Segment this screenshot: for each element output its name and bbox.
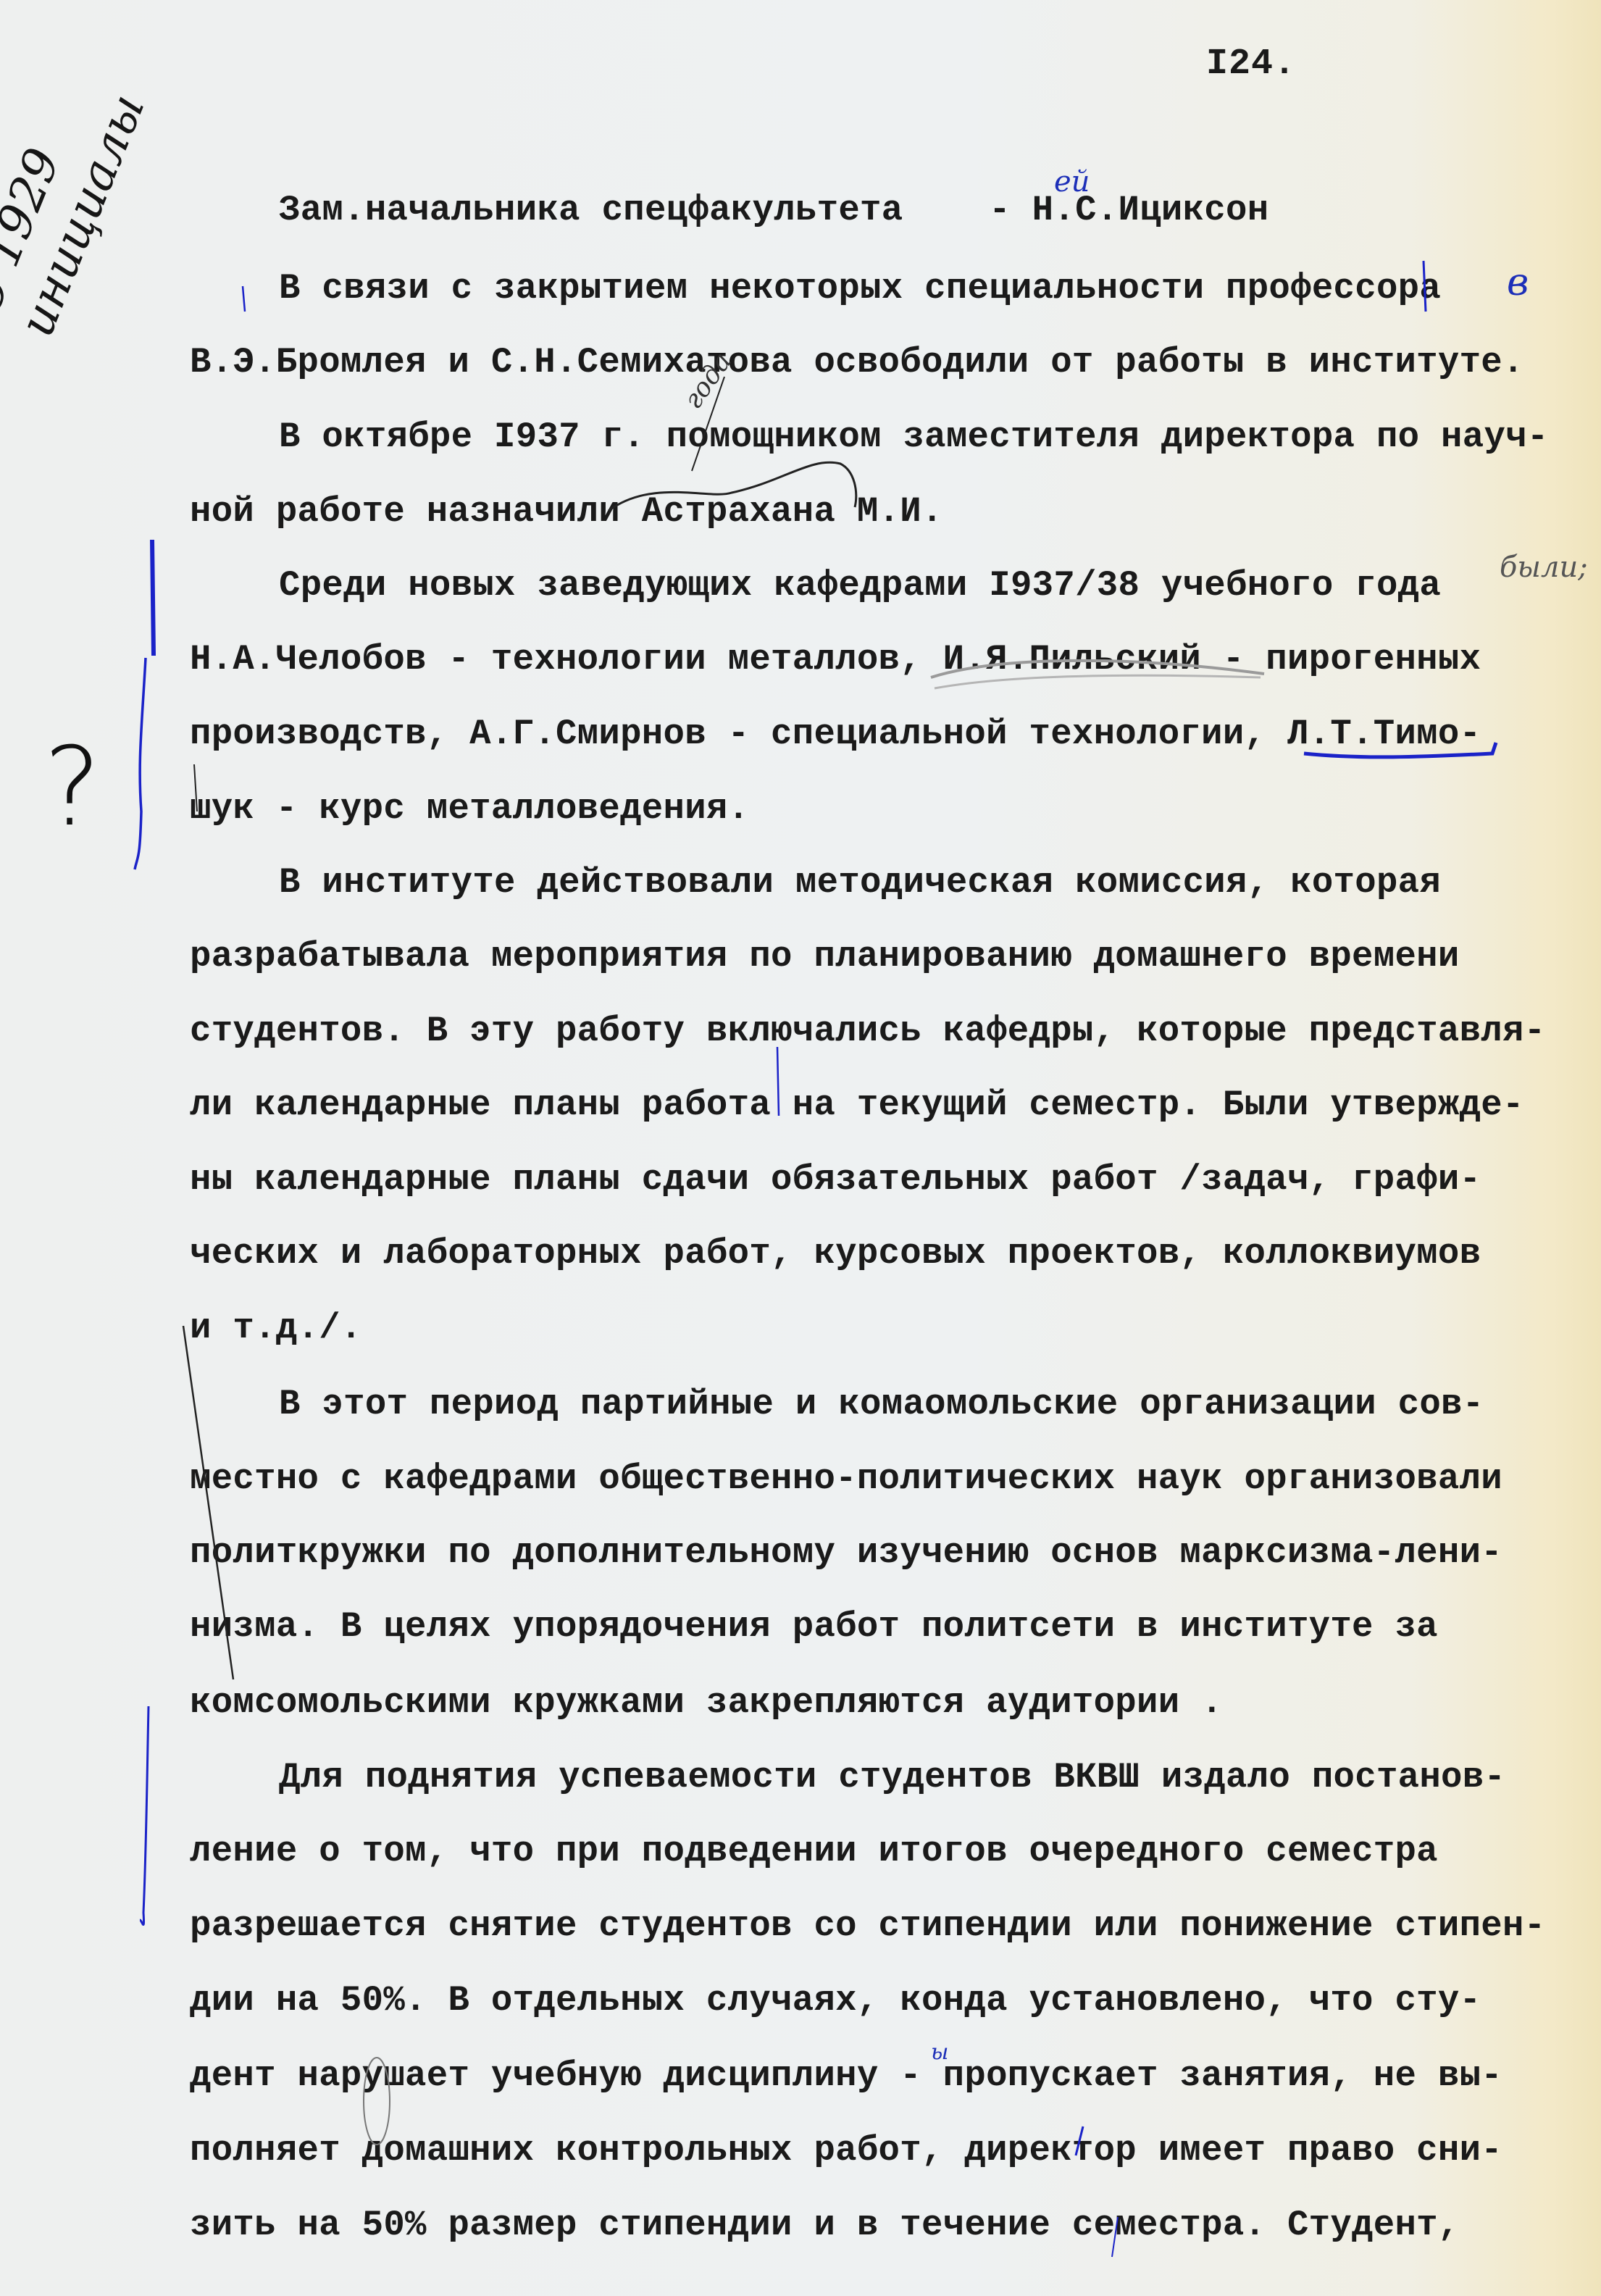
typed-line: разрешается снятие студентов со стипенди… [190,1905,1545,1946]
typed-line: низма. В целях упорядочения работ политс… [190,1606,1438,1647]
margin-question-mark: ? [43,725,101,851]
typed-line: дии на 50%. В отдельных случаях, конда у… [190,1980,1481,2021]
typed-line: студентов. В эту работу включались кафед… [190,1011,1545,1051]
typed-line: полняет домашних контрольных работ, дире… [190,2130,1502,2171]
typed-line: В институте действовали методическая ком… [279,862,1441,903]
typed-line: шук - курс металловедения. [190,788,749,829]
typed-line: разрабатывала мероприятия по планировани… [190,936,1460,977]
typed-line: политкружки по дополнительному изучению … [190,1532,1502,1573]
typed-line: ной работе назначили Астрахана М.И. [190,491,943,532]
handwritten-insert: в [1507,261,1529,304]
typed-line: Н.А.Челобов - технологии металлов, И.Я.П… [190,639,1481,680]
typed-line: зить на 50% размер стипендии и в течение… [190,2205,1460,2245]
typed-line: В октябре I937 г. помощником заместителя… [279,417,1549,457]
typed-line: В.Э.Бромлея и С.Н.Семихатова освободили … [190,342,1524,383]
typed-line: Для поднятия успеваемости студентов ВКВШ… [279,1757,1505,1798]
typed-line: ли календарные планы работа на текущий с… [190,1085,1524,1125]
typed-line: комсомольскими кружками закрепляются ауд… [190,1682,1223,1723]
page-number: I24. [1206,43,1296,85]
typed-line: дент нарушает учебную дисциплину - пропу… [190,2055,1502,2096]
document-page: I24. С 1929 инициалы ? Зам.начальника сп… [0,0,1601,2296]
typed-line: местно с кафедрами общественно-политичес… [190,1458,1502,1499]
handwritten-insert: были; [1500,551,1588,584]
typed-line: и т.д./. [190,1308,362,1348]
typed-line: ческих и лабораторных работ, курсовых пр… [190,1233,1481,1274]
handwritten-insert: ы [931,2040,948,2065]
typed-line: Среди новых заведующих кафедрами I937/38… [279,565,1441,606]
typed-line: производств, А.Г.Смирнов - специальной т… [190,714,1481,754]
typed-line: Зам.начальника спецфакультета - Н.С.Ицик… [279,190,1268,230]
typed-line: В этот период партийные и комаомольские … [279,1384,1484,1424]
typed-line: В связи с закрытием некоторых специально… [279,268,1441,309]
typed-line: ны календарные планы сдачи обязательных … [190,1159,1481,1200]
typed-line: ление о том, что при подведении итогов о… [190,1831,1438,1871]
handwritten-insert: ей [1054,165,1090,199]
